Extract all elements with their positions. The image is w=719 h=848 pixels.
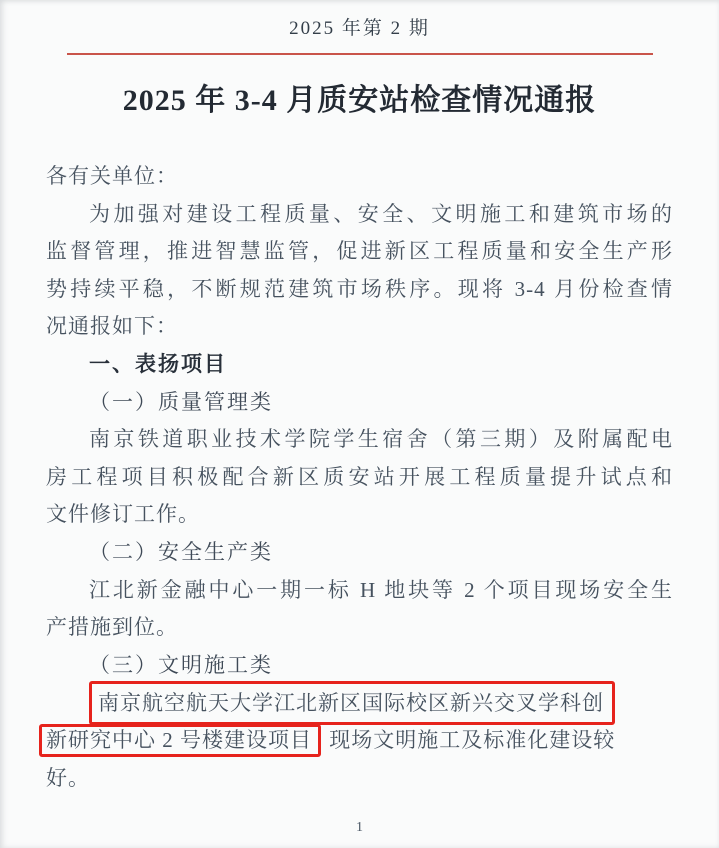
intro-line: 况通报如下： <box>46 308 673 346</box>
civilized-body-text: 现场文明施工及标准化建设较 <box>329 728 615 752</box>
quality-body-line: 文件修订工作。 <box>46 496 673 534</box>
document-body: 各有关单位： 为加强对建设工程质量、安全、文明施工和建筑市场的 监督管理，推进智… <box>0 158 719 797</box>
civilized-body-line: 好。 <box>46 760 673 798</box>
intro-line: 监督管理，推进智慧监管，促进新区工程质量和安全生产形 <box>46 233 673 271</box>
civilized-body-line: 新研究中心 2 号楼建设项目 现场文明施工及标准化建设较 <box>46 722 673 760</box>
header-red-rule <box>67 53 653 55</box>
civilized-body-line: 南京航空航天大学江北新区国际校区新兴交叉学科创 <box>46 684 673 722</box>
intro-line: 势持续平稳，不断规范建筑市场秩序。现将 3-4 月份检查情 <box>46 271 673 309</box>
safety-body-line: 江北新金融中心一期一标 H 地块等 2 个项目现场安全生 <box>46 572 673 610</box>
subsection-heading-safety: （二）安全生产类 <box>46 534 673 572</box>
highlighted-project-text: 南京航空航天大学江北新区国际校区新兴交叉学科创 <box>98 691 604 715</box>
subsection-heading-quality: （一）质量管理类 <box>46 384 673 422</box>
subsection-heading-civilized: （三）文明施工类 <box>46 647 673 685</box>
document-title: 2025 年 3-4 月质安站检查情况通报 <box>0 82 719 120</box>
salutation-line: 各有关单位： <box>46 158 673 196</box>
quality-body-line: 房工程项目积极配合新区质安站开展工程质量提升试点和 <box>46 459 673 497</box>
highlight-annotation-box: 南京航空航天大学江北新区国际校区新兴交叉学科创 <box>89 681 615 725</box>
highlight-annotation-box: 新研究中心 2 号楼建设项目 <box>39 724 321 757</box>
scanned-document-page: 2025 年第 2 期 2025 年 3-4 月质安站检查情况通报 各有关单位：… <box>0 0 719 848</box>
issue-label: 2025 年第 2 期 <box>0 0 719 42</box>
page-number: 1 <box>0 820 719 836</box>
quality-body-line: 南京铁道职业技术学院学生宿舍（第三期）及附属配电 <box>46 421 673 459</box>
safety-body-line: 产措施到位。 <box>46 609 673 647</box>
highlighted-project-text: 新研究中心 2 号楼建设项目 <box>46 728 312 752</box>
section-heading-commend: 一、表扬项目 <box>46 346 673 384</box>
intro-line: 为加强对建设工程质量、安全、文明施工和建筑市场的 <box>46 196 673 234</box>
